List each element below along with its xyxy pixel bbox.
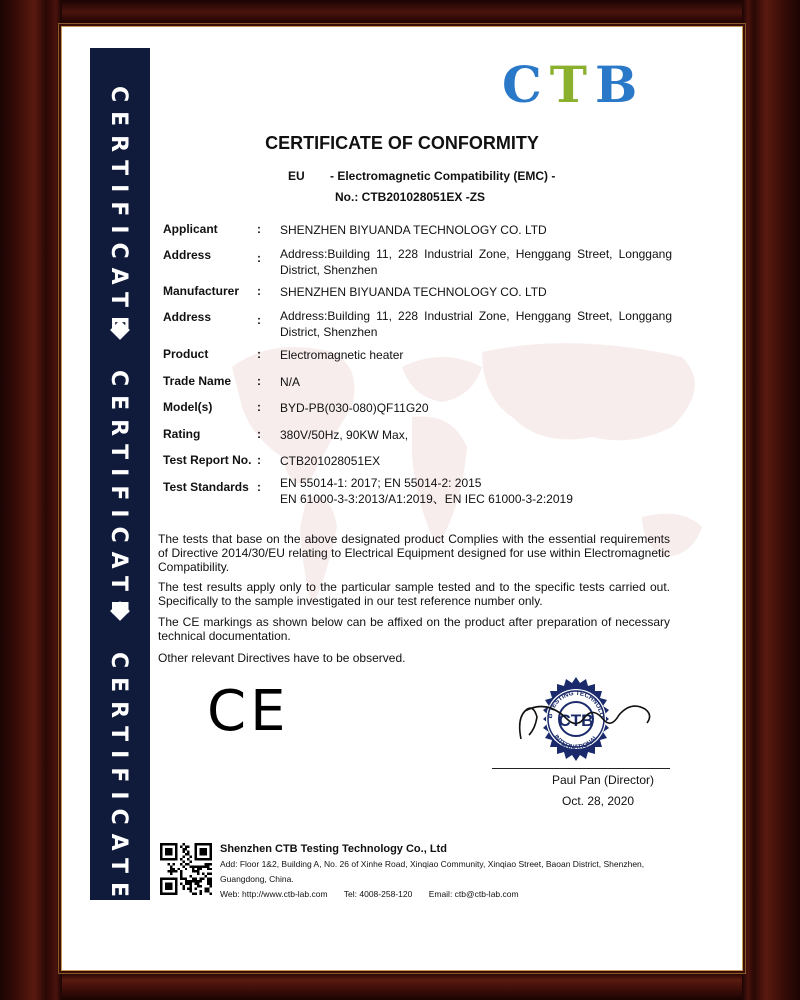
signature-line — [492, 768, 670, 769]
ctb-logo: CTB — [502, 60, 645, 110]
signature — [507, 689, 657, 749]
issuer-phone: Tel: 4008-258-120 — [344, 889, 413, 899]
issuer-footer: Shenzhen CTB Testing Technology Co., Ltd… — [220, 842, 680, 901]
scope-paragraph: The test results apply only to the parti… — [158, 580, 670, 608]
certificate-document: CERTIFICATE CERTIFICATE CERTIFICATE CTB … — [62, 27, 742, 970]
directives-paragraph: Other relevant Directives have to be obs… — [158, 651, 670, 665]
issue-date: Oct. 28, 2020 — [562, 794, 634, 808]
region-label: EU — [288, 169, 305, 183]
standards-line-2: EN 61000-3-3:2013/A1:2019、EN IEC 61000-3… — [280, 492, 573, 506]
standards-line-1: EN 55014-1: 2017; EN 55014-2: 2015 — [280, 476, 481, 490]
issuer-web-link[interactable]: Web: http://www.ctb-lab.com — [220, 889, 328, 899]
ce-marking-paragraph: The CE markings as shown below can be af… — [158, 615, 670, 643]
certificate-number: No.: CTB201028051EX -ZS — [335, 190, 485, 204]
issuer-email-link[interactable]: Email: ctb@ctb-lab.com — [429, 889, 519, 899]
side-banner: CERTIFICATE CERTIFICATE CERTIFICATE — [90, 48, 150, 900]
scope-label: - Electromagnetic Compatibility (EMC) - — [330, 169, 555, 183]
certificate-title: CERTIFICATE OF CONFORMITY — [62, 133, 742, 154]
compliance-paragraph: The tests that base on the above designa… — [158, 532, 670, 574]
signatory-name: Paul Pan (Director) — [552, 773, 654, 787]
ce-mark: CE — [207, 679, 289, 744]
issuer-company: Shenzhen CTB Testing Technology Co., Ltd — [220, 842, 680, 856]
issuer-address: Add: Floor 1&2, Building A, No. 26 of Xi… — [220, 857, 680, 887]
qr-code-icon — [160, 843, 212, 895]
issuer-contact: Web: http://www.ctb-lab.com Tel: 4008-25… — [220, 887, 680, 901]
